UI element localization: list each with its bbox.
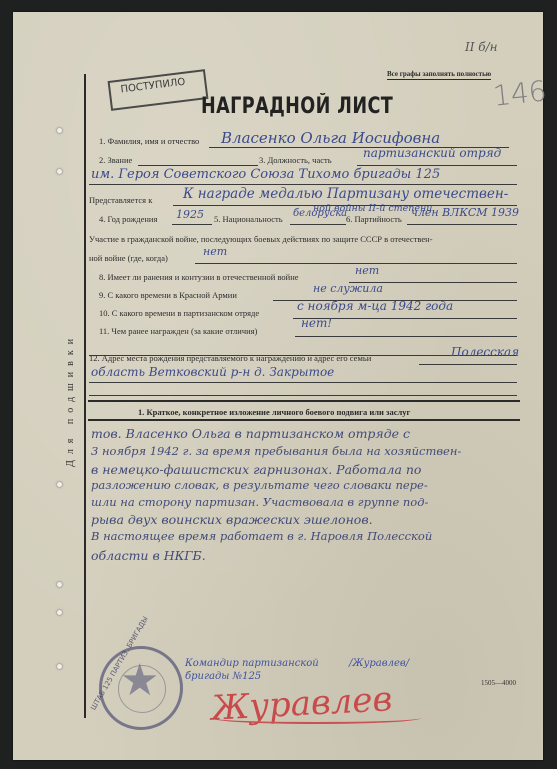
field-1-label: 1. Фамилия, имя и отчество (99, 136, 199, 146)
field-8-label: 8. Имеет ли ранения и контузии в отечест… (99, 272, 299, 282)
section-divider (88, 419, 520, 421)
field-11-label: 11. Чем ранее награжден (за какие отличи… (99, 326, 257, 336)
narrative-line: в немецко-фашистских гарнизонах. Работал… (91, 462, 421, 477)
field-7-value: нет (203, 245, 227, 258)
field-5-line (290, 224, 346, 225)
award-sheet: II б/н Все графы заполнять полностью 146… (13, 12, 543, 760)
field-12-line (419, 364, 517, 365)
archive-mark: II б/н (465, 40, 498, 54)
field-6-line (407, 224, 517, 225)
field-12-cont-line (89, 382, 517, 383)
field-7-label: Участие в гражданской войне, последующих… (89, 234, 433, 244)
section-1-title: 1. Краткое, конкретное изложение личного… (138, 407, 410, 417)
field-3-value: партизанский отряд (363, 146, 501, 160)
field-6-value: член ВЛКСМ 1939 (411, 206, 519, 219)
signer-name: /Журавлев/ (349, 658, 409, 669)
field-11-line (295, 336, 517, 337)
presented-label: Представляется к (89, 195, 152, 205)
field-4-line (172, 224, 212, 225)
field-5-label: 5. Национальность (214, 214, 283, 224)
signer-title-line2: бригады №125 (185, 671, 261, 682)
field-8-value: нет (355, 264, 379, 277)
field-9-value: не служила (313, 282, 383, 295)
narrative-line: тов. Власенко Ольга в партизанском отряд… (91, 426, 410, 441)
binding-label: Для подшивки (65, 300, 85, 500)
field-9-label: 9. С какого времени в Красной Армии (99, 290, 237, 300)
field-3-line (357, 165, 517, 166)
folio-number: 146 (491, 74, 548, 112)
star-icon: ★ (120, 659, 159, 703)
narrative-line: шли на сторону партизан. Участвовала в г… (91, 495, 428, 509)
narrative-line: рыва двух воинских вражеских эшелонов. (91, 512, 373, 527)
field-12-label: 12. Адрес места рождения представляемого… (89, 353, 371, 363)
binding-hole (57, 482, 62, 487)
brigade-seal: ★ ШТАБ 125 ПАРТИЗ. БРИГАДЫ (99, 646, 183, 730)
field-3-value-cont: им. Героя Советского Союза Тихомо бригад… (91, 167, 440, 182)
document-title: НАГРАДНОЙ ЛИСТ (201, 94, 393, 119)
field-3-cont-line (89, 184, 517, 185)
section-divider (88, 400, 520, 402)
binding-hole (57, 664, 62, 669)
narrative-line: разложению словак, в результате чего сло… (91, 478, 428, 492)
field-4-value: 1925 (176, 208, 204, 221)
field-4-label: 4. Год рождения (99, 214, 157, 224)
binding-hole (57, 128, 62, 133)
binding-hole (57, 610, 62, 615)
received-stamp: ПОСТУПИЛО (108, 69, 209, 111)
field-1-value: Власенко Ольга Иосифовна (221, 129, 440, 147)
field-12-value: Полесская (451, 345, 519, 359)
field-11-value: нет! (301, 316, 332, 330)
fill-instruction: Все графы заполнять полностью (387, 70, 491, 80)
print-code: 1505—4000 (481, 679, 516, 687)
field-12-blank-line (89, 395, 517, 396)
field-3-label: 3. Должность, часть (259, 155, 332, 165)
field-2-label: 2. Звание (99, 155, 132, 165)
field-12-value-cont: область Ветковский р-н д. Закрытое (91, 365, 334, 379)
field-10-label: 10. С какого времени в партизанском отря… (99, 308, 259, 318)
field-2-line (138, 165, 258, 166)
presented-value: К награде медалью Партизану отечествен- (183, 186, 508, 202)
narrative-line: В настоящее время работает в г. Наровля … (91, 529, 432, 543)
field-6-label: 6. Партийность (346, 214, 402, 224)
binding-hole (57, 169, 62, 174)
field-5-value: белоруска (293, 208, 347, 219)
narrative-line: области в НКГБ. (91, 548, 206, 563)
signature-flourish (211, 712, 421, 724)
narrative-line: 3 ноября 1942 г. за время пребывания был… (91, 444, 461, 458)
field-7-label-cont: ной войне (где, когда) (89, 253, 168, 263)
field-10-value: с ноября м-ца 1942 года (297, 299, 453, 313)
signer-title-line1: Командир партизанской (185, 658, 319, 669)
received-stamp-text: ПОСТУПИЛО (120, 77, 186, 96)
binding-hole (57, 582, 62, 587)
